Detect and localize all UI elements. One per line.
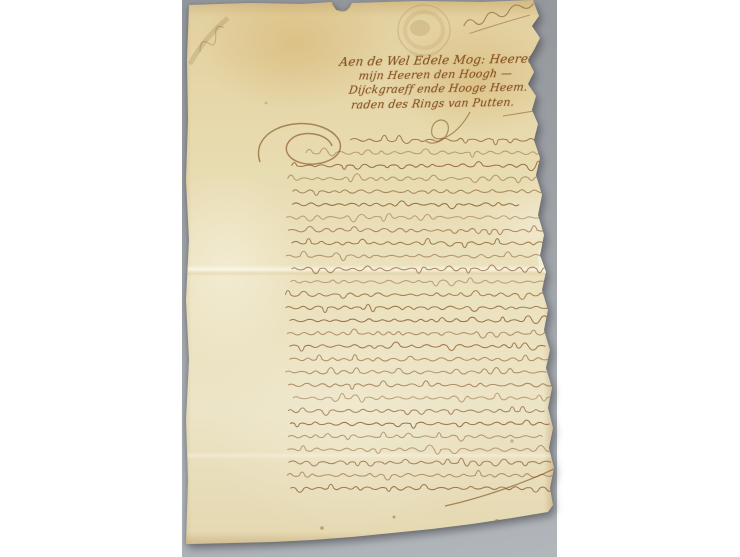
handwriting-line xyxy=(292,201,519,209)
handwriting-line xyxy=(288,226,546,235)
handwriting-line xyxy=(291,278,553,286)
handwriting-line xyxy=(306,148,547,157)
handwriting-line xyxy=(293,393,552,402)
handwriting-line xyxy=(288,407,545,416)
handwriting-line xyxy=(292,265,550,274)
handwriting-line xyxy=(290,316,557,324)
handwriting-line xyxy=(288,174,548,183)
photo-backdrop: Aen de Wel Edele Mog: Heeren mijn Heeren… xyxy=(182,0,557,557)
handwriting-line xyxy=(285,368,546,375)
handwriting-line xyxy=(292,238,544,247)
handwriting-line xyxy=(288,432,543,441)
handwriting-line xyxy=(290,420,550,428)
opening-swash xyxy=(258,124,340,165)
screenshot-root: { "document": { "type": "Photograph of a… xyxy=(0,0,740,557)
handwriting-line xyxy=(289,458,552,466)
handwriting-line xyxy=(286,304,550,312)
handwriting-line xyxy=(287,445,551,454)
handwriting-line xyxy=(288,381,553,389)
tear-hole-rim xyxy=(332,3,351,11)
handwriting-line xyxy=(289,355,547,362)
handwriting-line xyxy=(287,470,552,480)
handwriting-line xyxy=(350,135,547,145)
handwriting-and-marks xyxy=(182,0,557,557)
ink-inscription-top-right xyxy=(462,3,536,34)
manuscript-paper: Aen de Wel Edele Mog: Heeren mijn Heeren… xyxy=(182,0,557,557)
corner-crease xyxy=(190,18,228,64)
handwriting-line xyxy=(286,251,549,260)
handwriting-line xyxy=(293,190,554,196)
handwriting-line xyxy=(287,329,554,338)
embossed-seal xyxy=(398,5,450,57)
handwriting-line xyxy=(292,161,548,171)
handwriting-line xyxy=(286,214,545,222)
edge-light-patch xyxy=(538,243,554,273)
handwriting-line xyxy=(285,291,544,300)
manuscript-paper-wrap: Aen de Wel Edele Mog: Heeren mijn Heeren… xyxy=(182,0,557,557)
handwriting-line xyxy=(289,342,545,351)
